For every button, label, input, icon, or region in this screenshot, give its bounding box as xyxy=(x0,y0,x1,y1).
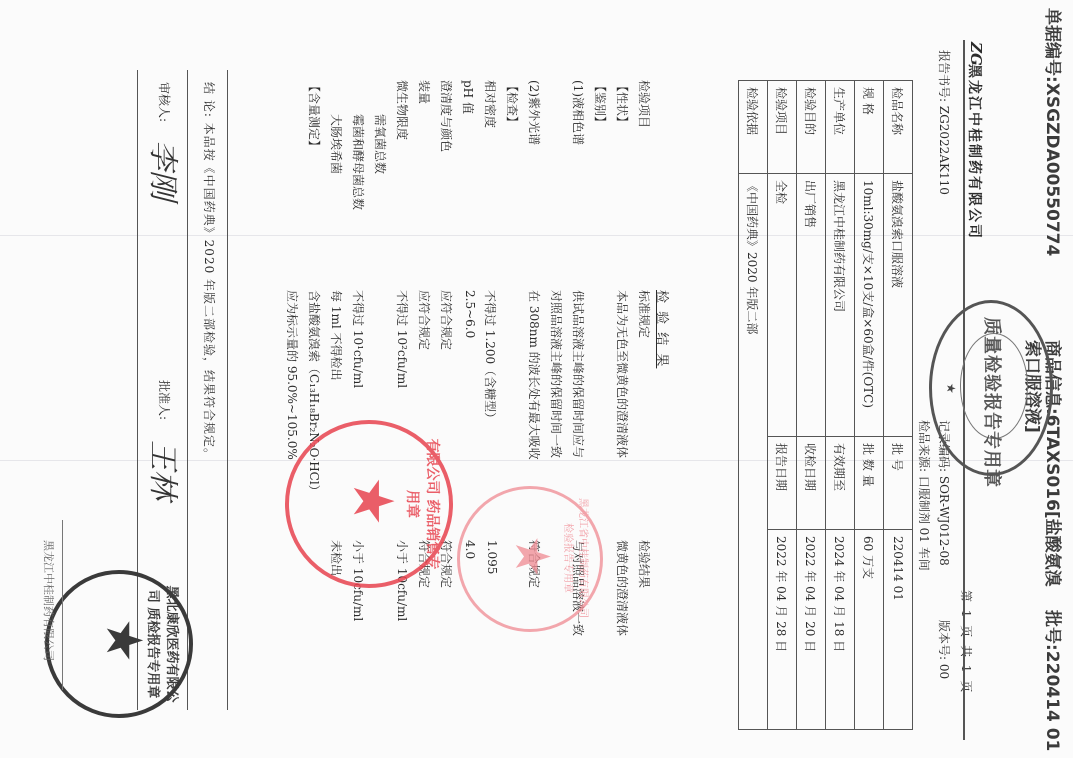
info-label: 规 格 xyxy=(855,81,884,174)
batch-number-banner: 批号:220414 01 xyxy=(1042,610,1067,751)
conclusion-top-rule xyxy=(227,70,228,710)
black-stamp-text: 黑北康欣医药有限公司 质检报告专用章 xyxy=(145,582,183,706)
result-item: 微生物限度 xyxy=(394,80,411,140)
info-table-row: 生产单位黑龙江中桂制药有限公司有效期至2024 年 04 月 18 日 xyxy=(826,81,855,730)
info-label: 检验项目 xyxy=(768,81,797,174)
black-company-stamp: ★ 黑北康欣医药有限公司 质检报告专用章 xyxy=(45,570,193,718)
star-icon: ★ xyxy=(504,535,560,578)
info-value: 2024 年 04 月 18 日 xyxy=(826,530,855,730)
result-standard: 2.5~6.0 xyxy=(463,290,477,338)
result-standard: 不得过 1.200（含糖型） xyxy=(482,290,499,424)
info-label: 批 数 量 xyxy=(855,437,884,530)
result-standard: 应为标示量的 95.0%~105.0% xyxy=(284,290,301,460)
star-icon: ★ xyxy=(340,476,405,526)
info-value: 全检 xyxy=(768,174,797,437)
info-value: 《中国药典》2020 年版二部 xyxy=(739,174,768,730)
info-table-row: 检验项目全检报告日期2022 年 04 月 28 日 xyxy=(768,81,797,730)
qc-oval-stamp: 质量检验报告专用章 ★ xyxy=(929,300,1053,476)
info-table-row: 规 格10ml:30mg/支×10支/盒×60盒/件(OTC)批 数 量60 万… xyxy=(855,81,884,730)
info-value: 黑龙江中桂制药有限公司 xyxy=(826,174,855,437)
approver-signature: 王林 xyxy=(144,440,188,500)
approver-label: 批准人: xyxy=(156,380,173,420)
result-item: 需氧菌总数 xyxy=(372,114,389,174)
result-standard: 每 1ml 不得检出 xyxy=(328,290,345,380)
red-sales-stamp: ★ 有限公司 药品销售专用章 xyxy=(285,420,453,588)
info-value: 出厂销售 xyxy=(797,174,826,437)
version-number: 版本号: 00 xyxy=(936,620,953,679)
info-value: 2022 年 04 月 28 日 xyxy=(768,530,797,730)
results-section-title: 检 验 结 果 xyxy=(654,290,673,368)
info-label: 报告日期 xyxy=(768,437,797,530)
info-label: 收检日期 xyxy=(797,437,826,530)
red-stamp-text: 黑龙江省中桂制药有限公司 检验报告专用章 xyxy=(562,493,592,623)
info-label: 生产单位 xyxy=(826,81,855,174)
result-standard: 不得过 10²cfu/ml xyxy=(394,290,411,388)
page-info: 第 1 页 共 1 页 xyxy=(958,590,975,694)
result-item: 【检查】 xyxy=(504,80,521,128)
info-table-row: 检验目的出厂销售收检日期2022 年 04 月 20 日 xyxy=(797,81,826,730)
result-item: 澄清度与颜色 xyxy=(438,80,455,152)
report-number: 报告书号: ZG2022AK110 xyxy=(936,50,953,195)
info-label: 有效期至 xyxy=(826,437,855,530)
info-value: 2022 年 04 月 20 日 xyxy=(797,530,826,730)
result-standard: 在 308nm 的波长处有最大吸收 xyxy=(526,290,543,460)
info-table-row: 检验依据《中国药典》2020 年版二部 xyxy=(739,81,768,730)
info-label: 批 号 xyxy=(884,437,913,530)
company-name: 黑龙江中桂制药有限公司 xyxy=(965,64,985,240)
result-item: 【性状】 xyxy=(614,80,631,128)
info-label: 检验目的 xyxy=(797,81,826,174)
result-standard: 应符合规定 xyxy=(438,290,455,350)
footer-company: 黑龙江中桂制药有限公司 xyxy=(41,540,57,661)
result-standard: 供试品溶液主峰的保留时间应与 xyxy=(570,290,587,458)
info-value: 60 万支 xyxy=(855,530,884,730)
result-standard: 对照品溶液主峰的保留时间一致 xyxy=(548,290,565,458)
doc-number: 单据编号:XSGZDA00550774 xyxy=(1042,8,1067,256)
reviewer-label: 审核人: xyxy=(156,82,173,122)
col-header-standard: 标准规定 xyxy=(636,290,653,338)
result-item: 【鉴别】 xyxy=(592,80,609,128)
info-value: 220414 01 xyxy=(884,530,913,730)
sample-source: 检品来源: 口服制剂 01 车间 xyxy=(916,420,933,571)
result-standard: 应符合规定 xyxy=(416,290,433,350)
col-header-item: 检验项目 xyxy=(636,80,653,128)
info-label: 检验依据 xyxy=(739,81,768,174)
inspection-report-page: 单据编号:XSGZDA00550774 商品信息:6TAXS016[盐酸氨溴 索… xyxy=(0,0,1073,758)
info-value: 盐酸氨溴索口服溶液 xyxy=(884,174,913,437)
result-standard: 不得过 10¹cfu/ml xyxy=(350,290,367,388)
star-icon: ★ xyxy=(944,383,958,394)
info-table-row: 检品名称盐酸氨溴索口服溶液批 号220414 01 xyxy=(884,81,913,730)
info-label: 检品名称 xyxy=(884,81,913,174)
info-value: 10ml:30mg/支×10支/盒×60盒/件(OTC) xyxy=(855,174,884,437)
reviewer-signature: 李刚 xyxy=(144,140,188,200)
result-item: pH 值 xyxy=(460,80,477,114)
result-item: 相对密度 xyxy=(482,80,499,128)
result-item: 装量 xyxy=(416,80,433,104)
red-inspection-stamp: ★ 黑龙江省中桂制药有限公司 检验报告专用章 xyxy=(457,486,603,632)
result-item: (2)紫外光谱 xyxy=(526,80,543,145)
col-header-result: 检验结果 xyxy=(636,540,653,588)
conclusion-text: 结 论: 本品按《中国药典》2020 年版二部检验，结果符合规定。 xyxy=(201,82,218,461)
result-item: 霉菌和酵母菌总数 xyxy=(350,114,367,210)
red-stamp2-text: 有限公司 药品销售专用章 xyxy=(403,434,443,574)
result-value: 微黄色的澄清液体 xyxy=(614,540,631,636)
result-standard: 本品为无色至微黄色的澄清液体 xyxy=(614,290,631,458)
result-item: 【含量测定】 xyxy=(306,80,323,152)
result-item: (1)液相色谱 xyxy=(570,80,587,145)
qc-stamp-text: 质量检验报告专用章 xyxy=(980,317,1006,488)
footer-rule xyxy=(62,520,63,690)
sample-info-table: 检品名称盐酸氨溴索口服溶液批 号220414 01规 格10ml:30mg/支×… xyxy=(738,80,913,730)
result-item: 大肠埃希菌 xyxy=(328,114,345,174)
company-logo: ZG xyxy=(967,42,985,66)
